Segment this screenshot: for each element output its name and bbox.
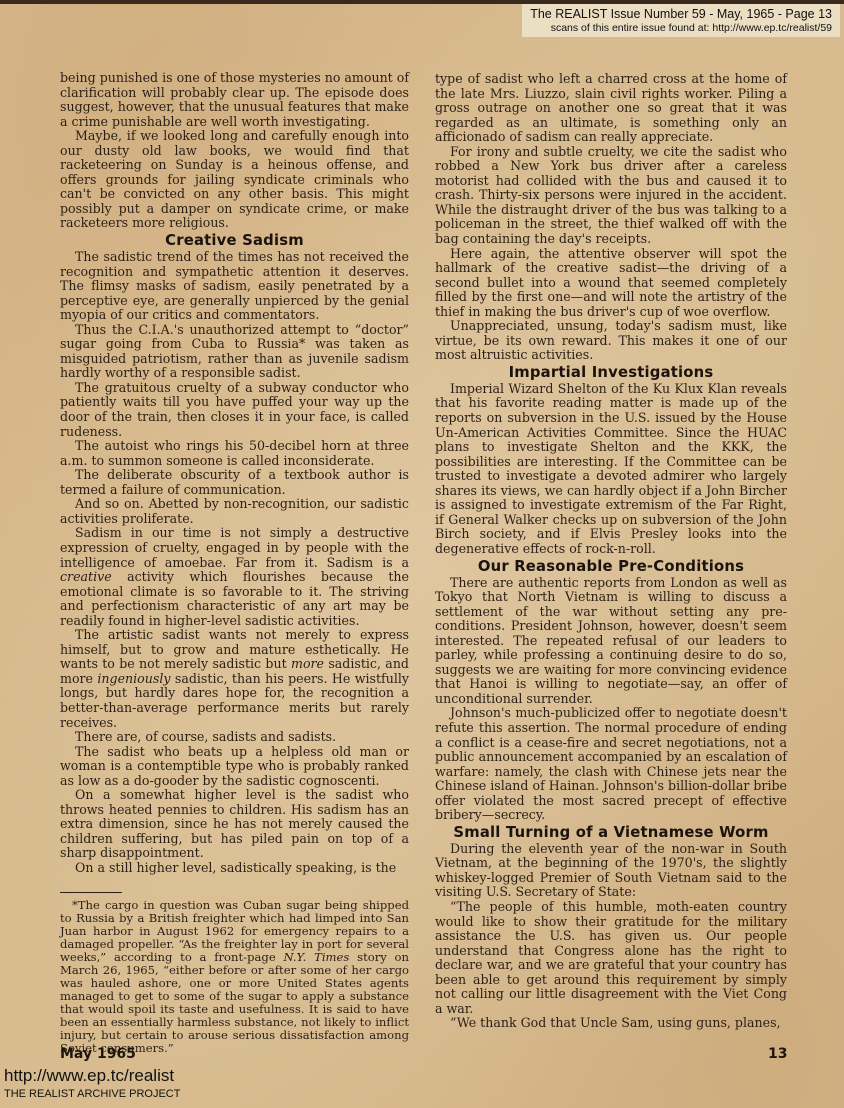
section-heading-pre-conditions: Our Reasonable Pre-Conditions	[435, 558, 787, 576]
archive-link[interactable]: http://www.ep.tc/realist	[4, 1066, 174, 1086]
paragraph: “The people of this humble, moth-eaten c…	[435, 900, 787, 1016]
paragraph: Sadism in our time is not simply a destr…	[60, 526, 409, 628]
banner-subtitle: scans of this entire issue found at: htt…	[530, 22, 832, 34]
magazine-page: The REALIST Issue Number 59 - May, 1965 …	[0, 0, 844, 1108]
paragraph: On a somewhat higher level is the sadist…	[60, 788, 409, 861]
folio-date: May 1965	[60, 1046, 136, 1062]
paragraph: There are, of course, sadists and sadist…	[60, 730, 409, 745]
paragraph: type of sadist who left a charred cross …	[435, 72, 787, 145]
emphasis: N.Y. Times	[283, 950, 349, 964]
paragraph: For irony and subtle cruelty, we cite th…	[435, 145, 787, 247]
left-column: being punished is one of those mysteries…	[60, 71, 409, 1055]
paragraph: Here again, the attentive observer will …	[435, 247, 787, 320]
paragraph: The gratuitous cruelty of a subway condu…	[60, 381, 409, 439]
paragraph: being punished is one of those mysteries…	[60, 71, 409, 129]
page-number: 13	[768, 1046, 787, 1062]
paragraph: The artistic sadist wants not merely to …	[60, 628, 409, 730]
archive-banner: The REALIST Issue Number 59 - May, 1965 …	[522, 4, 840, 37]
footnote-divider	[60, 892, 122, 893]
paragraph: There are authentic reports from London …	[435, 576, 787, 707]
paragraph: Thus the C.I.A.'s unauthorized attempt t…	[60, 323, 409, 381]
section-heading-vietnamese-worm: Small Turning of a Vietnamese Worm	[435, 824, 787, 842]
right-column: type of sadist who left a charred cross …	[435, 72, 787, 1031]
emphasis: ingeniously	[97, 671, 170, 686]
banner-title: The REALIST Issue Number 59 - May, 1965 …	[530, 7, 832, 22]
paragraph: The sadist who beats up a helpless old m…	[60, 745, 409, 789]
section-heading-creative-sadism: Creative Sadism	[60, 232, 409, 250]
paragraph: “We thank God that Uncle Sam, using guns…	[435, 1016, 787, 1031]
footnote: *The cargo in question was Cuban sugar b…	[60, 899, 409, 1056]
paragraph: The sadistic trend of the times has not …	[60, 250, 409, 323]
paragraph: On a still higher level, sadistically sp…	[60, 861, 409, 876]
paragraph: Imperial Wizard Shelton of the Ku Klux K…	[435, 382, 787, 557]
paragraph: Unappreciated, unsung, today's sadism mu…	[435, 319, 787, 363]
section-heading-impartial-investigations: Impartial Investigations	[435, 364, 787, 382]
emphasis: more	[291, 656, 324, 671]
paragraph: Maybe, if we looked long and carefully e…	[60, 129, 409, 231]
emphasis: creative	[60, 569, 112, 584]
archive-project-name: THE REALIST ARCHIVE PROJECT	[4, 1087, 180, 1101]
paragraph: The deliberate obscurity of a textbook a…	[60, 468, 409, 497]
paragraph: The autoist who rings his 50-decibel hor…	[60, 439, 409, 468]
paragraph: Johnson's much-publicized offer to negot…	[435, 706, 787, 822]
paragraph: During the eleventh year of the non-war …	[435, 842, 787, 900]
paragraph: And so on. Abetted by non-recognition, o…	[60, 497, 409, 526]
